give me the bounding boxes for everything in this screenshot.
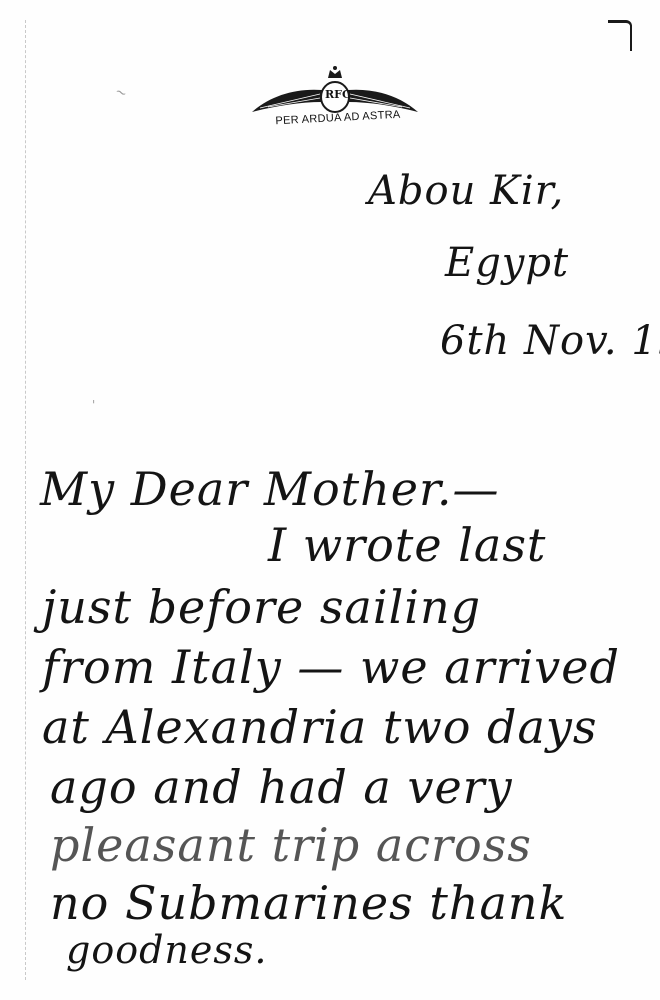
letter-page: ~ RFC PER ARDUA AD ASTRA Abou Kir, Egypt… (0, 0, 660, 1000)
body-line-5: ago and had a very (50, 760, 513, 814)
salutation: My Dear Mother.— (40, 462, 500, 516)
body-line-4: at Alexandria two days (42, 700, 598, 754)
body-line-8: goodness. (66, 928, 267, 972)
scan-margin-line (25, 20, 26, 980)
letter-date: 6th Nov. 19 (440, 318, 660, 364)
address-place: Abou Kir, (368, 168, 564, 214)
body-line-6: pleasant trip across (50, 818, 532, 872)
body-line-2: just before sailing (42, 580, 481, 634)
corner-mark (608, 20, 632, 51)
stray-mark: ' (92, 398, 95, 412)
address-country: Egypt (445, 240, 569, 286)
body-line-3: from Italy — we arrived (42, 640, 620, 694)
body-line-7: no Submarines thank (50, 876, 567, 930)
crest-monogram: RFC (325, 88, 351, 101)
body-line-1: I wrote last (268, 518, 546, 572)
stray-mark: ~ (112, 83, 129, 102)
